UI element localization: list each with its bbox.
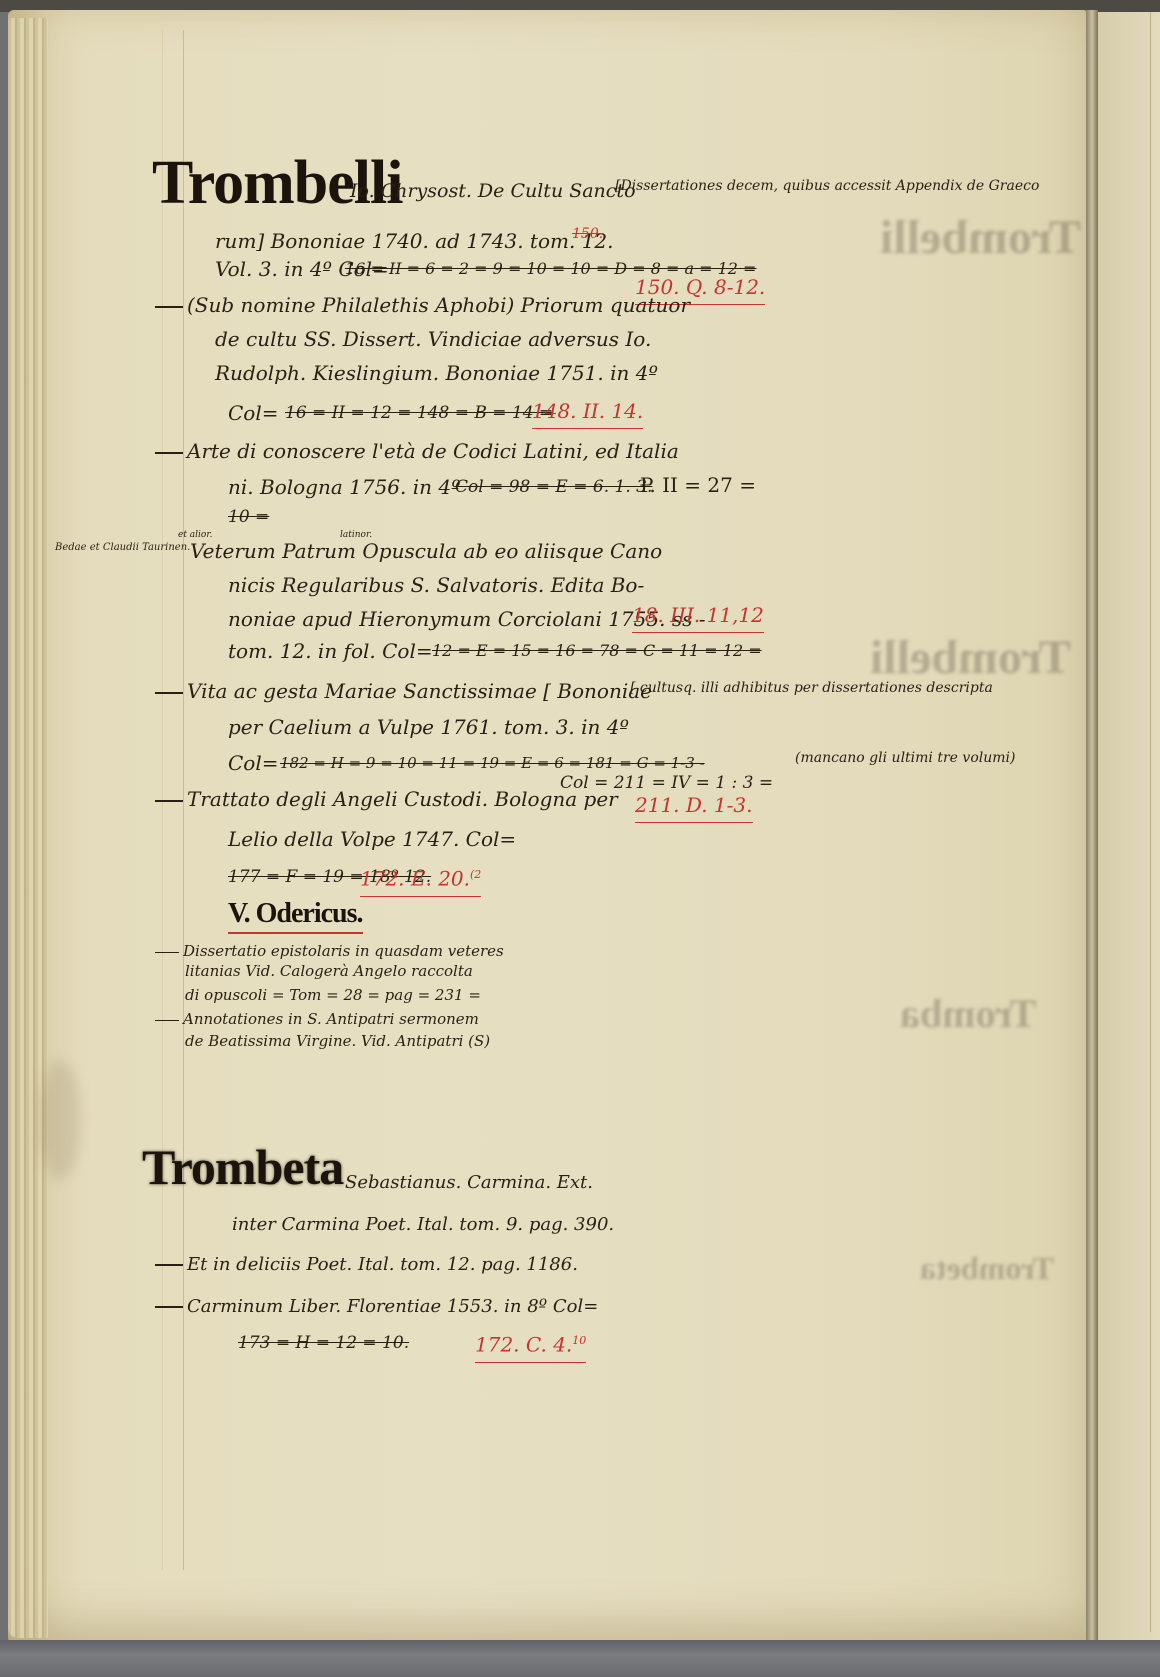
entry-3-text: Arte di conoscere l'età de Codici Latini… xyxy=(187,439,679,463)
paper-stain xyxy=(40,1060,80,1180)
entry-dash xyxy=(155,452,183,454)
entry-dash xyxy=(155,1264,183,1266)
trombeta-red-superscript: 10 xyxy=(572,1334,586,1347)
trombeta-entry-1-line-1: Sebastianus. Carmina. Ext. xyxy=(345,1168,593,1198)
entry-1-line-2: rum] Bononiae 1740. ad 1743. tom. 12. xyxy=(215,226,614,256)
trombeta-entry-3-line-1: Carminum Liber. Florentiae 1553. in 8º C… xyxy=(155,1292,598,1322)
entry-5-line-2: per Caelium a Vulpe 1761. tom. 3. in 4º xyxy=(228,712,629,742)
entry-5-col-label: Col= xyxy=(228,748,279,778)
entry-4-struck-shelfmark: 12 = E = 15 = 16 = 78 = C = 11 = 12 = xyxy=(432,636,762,666)
entry-5-text: Vita ac gesta Mariae Sanctissimae [ Bono… xyxy=(187,679,652,703)
entry-5-red-shelfmark: 211. D. 1-3. xyxy=(635,790,753,823)
entry-6-red-shelfmark: 172. E. 20.(2 xyxy=(360,860,481,897)
trombeta-red-text: 172. C. 4. xyxy=(475,1333,572,1357)
entry-4-line-4: tom. 12. in fol. Col= xyxy=(228,636,433,666)
trombeta-entry-3-struck-shelfmark: 173 = H = 12 = 10. xyxy=(238,1328,409,1358)
cross-reference-heading: V. Odericus. xyxy=(228,898,363,934)
entry-2-line-1: (Sub nomine Philalethis Aphobi) Priorum … xyxy=(155,290,690,320)
bleed-through-mark: Trombelli xyxy=(880,210,1081,265)
trombeta-entry-3-text: Carminum Liber. Florentiae 1553. in 8º C… xyxy=(187,1296,598,1317)
entry-6-red-superscript: (2 xyxy=(470,868,481,881)
entry-dash xyxy=(155,692,183,694)
entry-4-red-shelfmark: 18. III. 11,12 xyxy=(632,600,764,633)
xref-entry-1-text: Dissertatio epistolaris in quasdam veter… xyxy=(183,942,504,960)
page-frayed-edge xyxy=(8,18,48,1638)
entry-5-side-note: [ cultusq. illi adhibitus per dissertati… xyxy=(630,680,993,696)
entry-3-shelfmark: P. II = 27 = xyxy=(640,470,756,500)
xref-entry-2-line-2: de Beatissima Virgine. Vid. Antipatri (S… xyxy=(185,1032,490,1050)
xref-entry-1-line-3: di opuscoli = Tom = 28 = pag = 231 = xyxy=(185,986,481,1004)
bleed-through-mark: Tromba xyxy=(900,990,1036,1037)
entry-6-red-text: 172. E. 20. xyxy=(360,867,470,891)
entry-5-line-1: Vita ac gesta Mariae Sanctissimae [ Bono… xyxy=(155,676,652,706)
entry-2-red-shelfmark: 148. II. 14. xyxy=(532,396,643,429)
entry-4-line-2: nicis Regularibus S. Salvatoris. Edita B… xyxy=(228,570,644,600)
entry-3-trailing: 10 = xyxy=(228,502,269,532)
bleed-through-mark: Trombeta xyxy=(920,1250,1054,1287)
entry-dash xyxy=(155,1020,179,1021)
heading-trombeta: Trombeta xyxy=(142,1138,343,1196)
entry-1-side-note: [Dissertationes decem, quibus accessit A… xyxy=(615,178,1039,194)
xref-entry-2-text: Annotationes in S. Antipatri sermonem xyxy=(183,1010,479,1028)
entry-4-margin-note: Bedae et Claudii Taurinen. xyxy=(55,542,190,553)
trombeta-entry-2: Et in deliciis Poet. Ital. tom. 12. pag.… xyxy=(155,1250,578,1280)
entry-2-line-2: de cultu SS. Dissert. Vindiciae adversus… xyxy=(215,324,651,354)
facing-page-rule xyxy=(1150,12,1151,1632)
entry-dash xyxy=(155,952,179,953)
entry-3-line-2: ni. Bologna 1756. in 4º xyxy=(228,472,461,502)
entry-2-line-3: Rudolph. Kieslingium. Bononiae 1751. in … xyxy=(215,358,658,388)
entry-6-text: Trattato degli Angeli Custodi. Bologna p… xyxy=(187,787,618,811)
entry-3-struck-shelfmark: Col = 98 = E = 6. 1. 3. xyxy=(455,472,652,502)
entry-dash xyxy=(155,800,183,802)
entry-6-line-1: Trattato degli Angeli Custodi. Bologna p… xyxy=(155,784,618,814)
trombeta-entry-2-text: Et in deliciis Poet. Ital. tom. 12. pag.… xyxy=(187,1254,578,1275)
entry-2-struck-shelfmark: 16 = II = 12 = 148 = B = 14 = xyxy=(285,398,553,428)
entry-1-red-note-above: 150. xyxy=(572,226,603,242)
xref-entry-2-line-1: Annotationes in S. Antipatri sermonem xyxy=(155,1008,479,1030)
entry-6-line-2: Lelio della Volpe 1747. Col= xyxy=(228,824,516,854)
entry-5-remark: (mancano gli ultimi tre volumi) xyxy=(795,750,1015,766)
entry-3-line-1: Arte di conoscere l'età de Codici Latini… xyxy=(155,436,679,466)
entry-dash xyxy=(155,306,183,308)
entry-2-text: (Sub nomine Philalethis Aphobi) Priorum … xyxy=(187,293,690,317)
xref-entry-1-line-1: Dissertatio epistolaris in quasdam veter… xyxy=(155,940,504,962)
scanner-bed xyxy=(0,1640,1160,1677)
trombeta-entry-1-line-2: inter Carmina Poet. Ital. tom. 9. pag. 3… xyxy=(232,1210,614,1240)
entry-1-line-1: Io. Chrysost. De Cultu Sancto xyxy=(350,176,636,206)
bleed-through-mark: Trombelli xyxy=(870,630,1071,685)
trombeta-entry-3-red-shelfmark: 172. C. 4.10 xyxy=(475,1326,586,1363)
entry-2-col-label: Col= xyxy=(228,398,279,428)
entry-4-line-1: Veterum Patrum Opuscula ab eo aliisque C… xyxy=(190,536,662,566)
book-gutter xyxy=(1086,10,1098,1640)
xref-entry-1-line-2: litanias Vid. Calogerà Angelo raccolta xyxy=(185,962,473,980)
entry-dash xyxy=(155,1306,183,1308)
